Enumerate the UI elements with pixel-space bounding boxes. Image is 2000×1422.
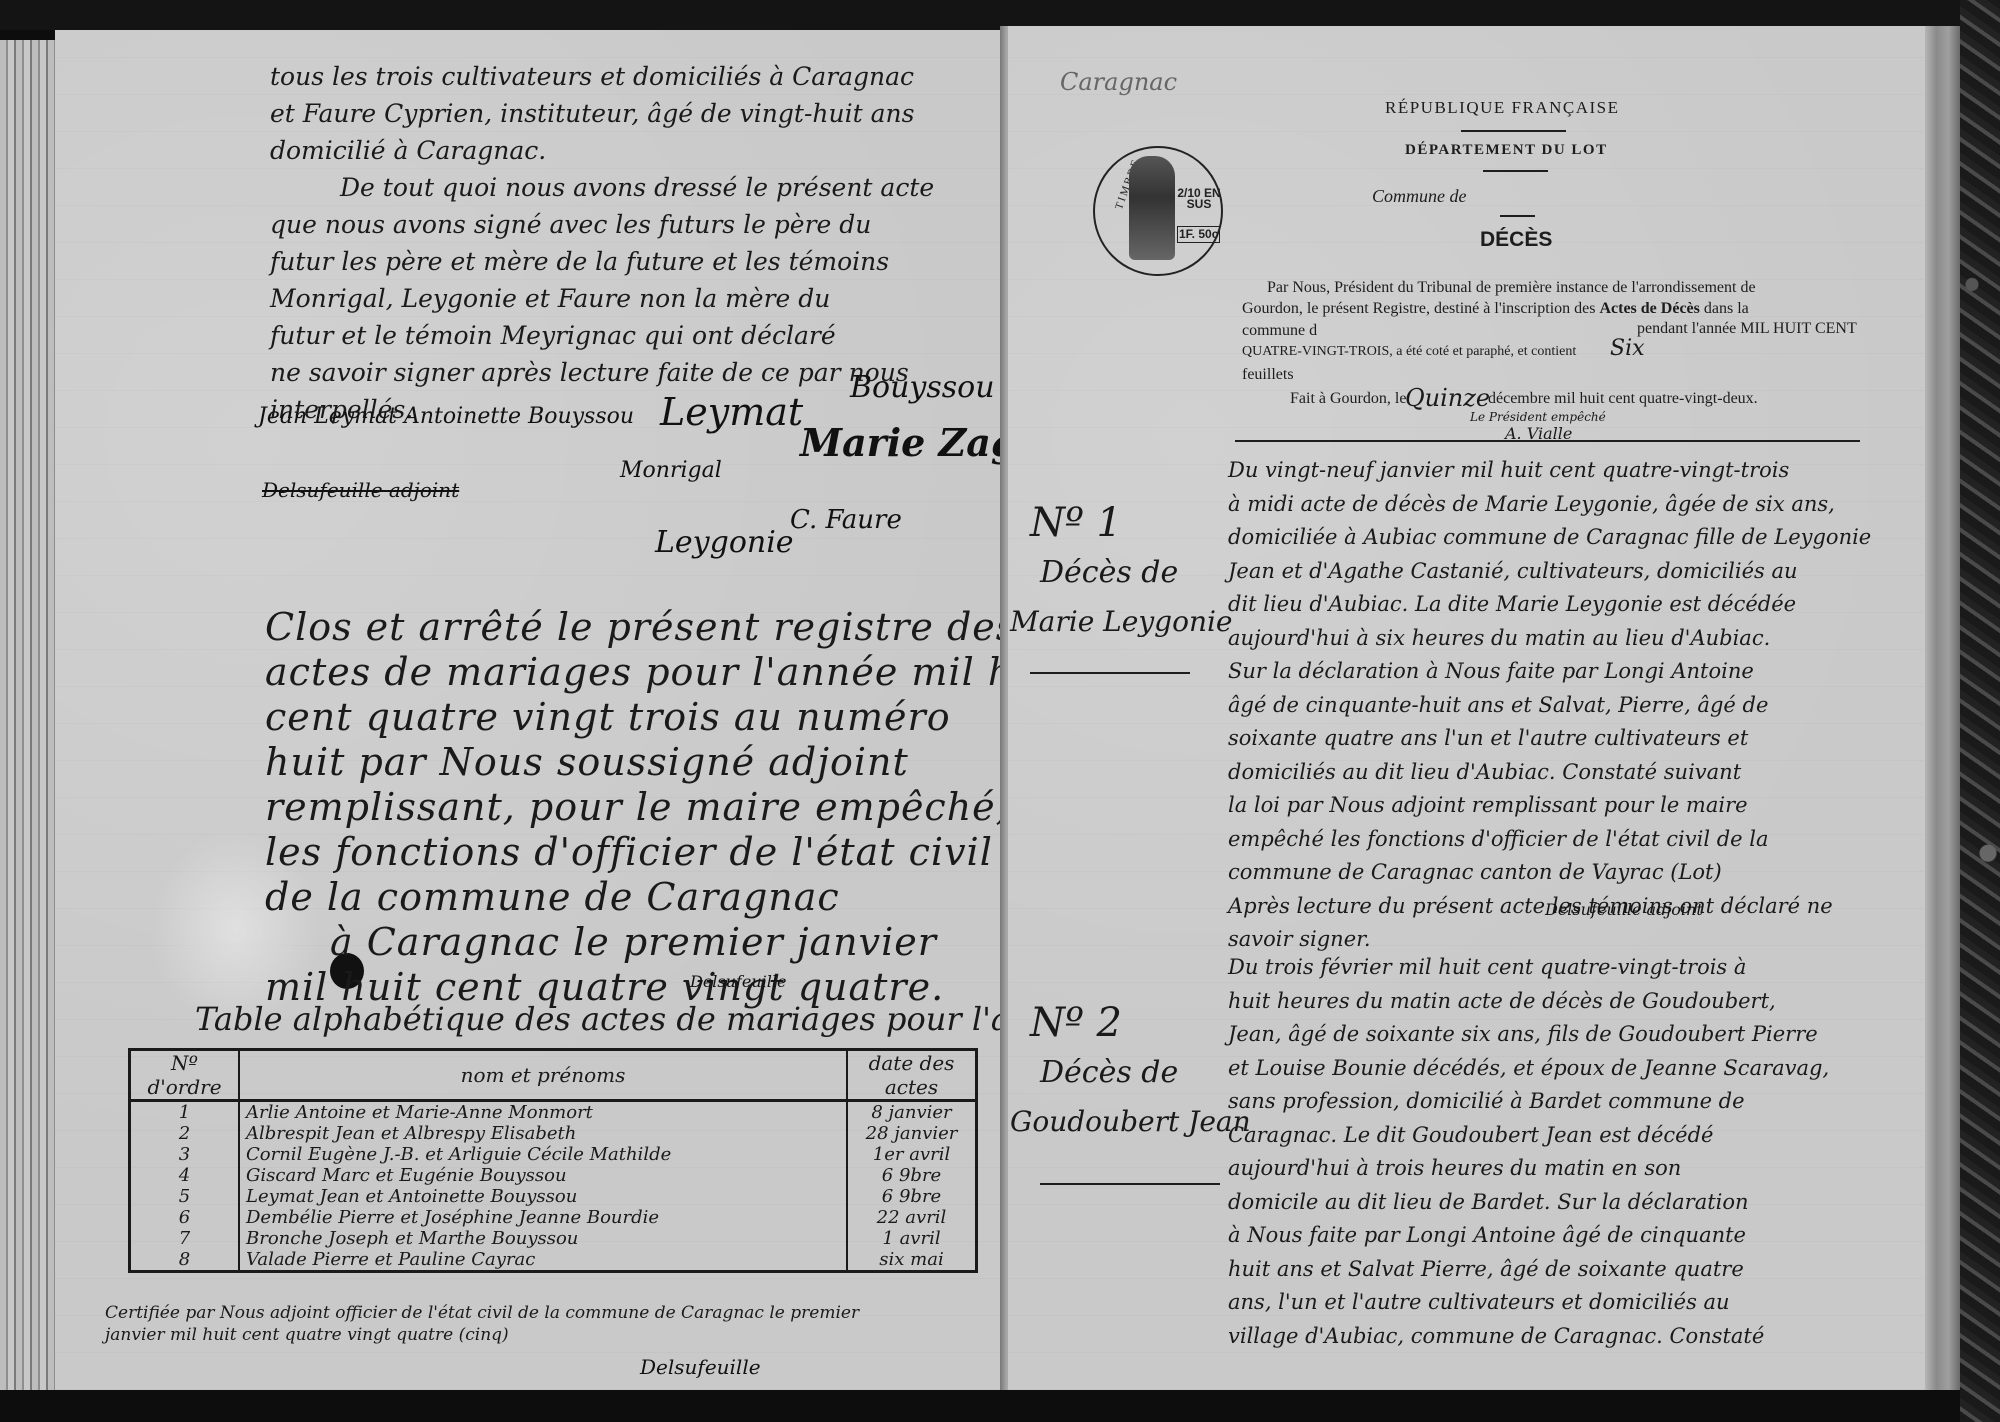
table-header-row: Nº d'ordre nom et prénoms date des actes: [130, 1050, 977, 1101]
text-line: Sur la déclaration à Nous faite par Long…: [1228, 659, 1754, 683]
table-row: 5Leymat Jean et Antoinette Bouyssou6 9br…: [130, 1186, 977, 1207]
text-line: aujourd'hui à six heures du matin au lie…: [1228, 626, 1770, 650]
cell-names: Leymat Jean et Antoinette Bouyssou: [239, 1186, 847, 1207]
col-header-date: date des actes: [847, 1050, 977, 1101]
col-header-number: Nº d'ordre: [130, 1050, 240, 1101]
cell-number: 6: [130, 1207, 240, 1228]
cell-date: 22 avril: [847, 1207, 977, 1228]
cell-date: 28 janvier: [847, 1123, 977, 1144]
cell-date: 8 janvier: [847, 1101, 977, 1124]
preamble-line-5: feuillets: [1242, 366, 1294, 384]
text-line: Jean et d'Agathe Castanié, cultivateurs,…: [1228, 559, 1798, 583]
closing-signature: Delsufeuille: [690, 972, 786, 991]
signature-spouses: Jean Leymat Antoinette Bouyssou: [258, 404, 634, 429]
text-line: à midi acte de décès de Marie Leygonie, …: [1228, 492, 1835, 516]
cell-number: 7: [130, 1228, 240, 1249]
cell-number: 4: [130, 1165, 240, 1186]
cell-date: 1 avril: [847, 1228, 977, 1249]
preamble-line-3a: commune d: [1242, 322, 1317, 340]
text-line: De tout quoi nous avons dressé le présen…: [340, 169, 934, 206]
preamble-text: dans la: [1700, 300, 1749, 317]
signature-faure: C. Faure: [790, 505, 902, 535]
text-line: ans, l'un et l'autre cultivateurs et dom…: [1228, 1290, 1730, 1314]
page-edge: [1925, 26, 1960, 1390]
text-line: à Nous faite par Longi Antoine âgé de ci…: [1228, 1223, 1746, 1247]
marriage-index-table: Nº d'ordre nom et prénoms date des actes…: [128, 1048, 978, 1273]
justice-figure-icon: [1129, 156, 1175, 260]
text-line: Certifiée par Nous adjoint officier de l…: [105, 1303, 859, 1323]
header-rule-3: [1500, 215, 1535, 217]
table-row: 2Albrespit Jean et Albrespy Elisabeth28 …: [130, 1123, 977, 1144]
col-header-names: nom et prénoms: [239, 1050, 847, 1101]
cell-names: Valade Pierre et Pauline Cayrac: [239, 1249, 847, 1272]
pencil-note: Caragnac: [1060, 68, 1177, 96]
preamble-line-2: Gourdon, le présent Registre, destiné à …: [1242, 300, 1749, 318]
margin-rule-2: [1040, 1183, 1220, 1185]
president-note: Le Président empêché: [1470, 410, 1606, 424]
text-line: tous les trois cultivateurs et domicilié…: [270, 58, 914, 95]
text-line: domicile au dit lieu de Bardet. Sur la d…: [1228, 1190, 1749, 1214]
text-line: huit heures du matin acte de décès de Go…: [1228, 989, 1776, 1013]
cell-number: 2: [130, 1123, 240, 1144]
table-row: 6Dembélie Pierre et Joséphine Jeanne Bou…: [130, 1207, 977, 1228]
text-line: âgé de cinquante-huit ans et Salvat, Pie…: [1228, 693, 1768, 717]
table-row: 7Bronche Joseph et Marthe Bouyssou1 avri…: [130, 1228, 977, 1249]
text-line: futur et le témoin Meyrignac qui ont déc…: [270, 317, 836, 354]
cell-number: 3: [130, 1144, 240, 1165]
preamble-line-6a: Fait à Gourdon, le: [1290, 390, 1406, 408]
signature-leygonie: Leygonie: [655, 525, 794, 560]
preamble-rule: [1235, 440, 1860, 442]
marbled-cover: [1960, 0, 2000, 1422]
text-line: village d'Aubiac, commune de Caragnac. C…: [1228, 1324, 1764, 1348]
text-line: domiciliée à Aubiac commune de Caragnac …: [1228, 525, 1871, 549]
text-line: domicilié à Caragnac.: [270, 132, 546, 169]
entry-number: Nº 2: [1030, 1000, 1122, 1046]
entry-margin-title: Décès de: [1040, 1055, 1178, 1090]
preamble-line-6b: décembre mil huit cent quatre-vingt-deux…: [1488, 390, 1758, 408]
cell-names: Giscard Marc et Eugénie Bouyssou: [239, 1165, 847, 1186]
text-line: dit lieu d'Aubiac. La dite Marie Leygoni…: [1228, 592, 1796, 616]
signature-adjoint: Delsufeuille adjoint: [262, 478, 459, 502]
entry-margin-name: Goudoubert Jean: [1010, 1105, 1251, 1138]
text-line: soixante quatre ans l'un et l'autre cult…: [1228, 726, 1748, 750]
entry-margin-name: Marie Leygonie: [1010, 605, 1233, 638]
header-department: DÉPARTEMENT DU LOT: [1405, 142, 1608, 159]
stamp-value-bottom: 1F. 50c: [1177, 226, 1220, 243]
text-line: que nous avons signé avec les futurs le …: [270, 206, 871, 243]
text-line: huit ans et Salvat Pierre, âgé de soixan…: [1228, 1257, 1744, 1281]
table-row: 1Arlie Antoine et Marie-Anne Monmort8 ja…: [130, 1101, 977, 1124]
text-line: commune de Caragnac canton de Vayrac (Lo…: [1228, 860, 1722, 884]
preamble-line-3b: pendant l'année MIL HUIT CENT: [1637, 320, 1857, 338]
cell-date: 1er avril: [847, 1144, 977, 1165]
entry-number: Nº 1: [1030, 500, 1122, 546]
signature-bouyssou: Bouyssou: [850, 370, 995, 405]
table-row: 4Giscard Marc et Eugénie Bouyssou6 9bre: [130, 1165, 977, 1186]
margin-rule-1: [1030, 672, 1190, 674]
preamble-line-4: QUATRE-VINGT-TROIS, a été coté et paraph…: [1242, 344, 1576, 360]
text-line: Après lecture du présent acte les témoin…: [1228, 894, 1833, 918]
header-rule-2: [1483, 170, 1548, 172]
cell-date: six mai: [847, 1249, 977, 1272]
book-binding: [0, 40, 55, 1390]
preamble-line-1: Par Nous, Président du Tribunal de premi…: [1267, 279, 1756, 297]
handwritten-count: Six: [1610, 336, 1645, 361]
tax-stamp: TIMBRE 2/10 EN SUS 1F. 50c: [1093, 146, 1223, 276]
entry-margin-title: Décès de: [1040, 555, 1178, 590]
text-line: sans profession, domicilié à Bardet comm…: [1228, 1089, 1745, 1113]
text-line: Jean, âgé de soixante six ans, fils de G…: [1228, 1022, 1818, 1046]
cell-names: Cornil Eugène J.-B. et Arliguie Cécile M…: [239, 1144, 847, 1165]
cell-date: 6 9bre: [847, 1186, 977, 1207]
text-line: la loi par Nous adjoint remplissant pour…: [1228, 793, 1748, 817]
preamble-text: Gourdon, le présent Registre, destiné à …: [1242, 300, 1599, 317]
text-line: Du trois février mil huit cent quatre-vi…: [1228, 955, 1746, 979]
cell-date: 6 9bre: [847, 1165, 977, 1186]
text-line: empêché les fonctions d'officier de l'ét…: [1228, 827, 1769, 851]
text-line: et Faure Cyprien, instituteur, âgé de vi…: [270, 95, 914, 132]
register-type: DÉCÈS: [1480, 228, 1552, 252]
text-line: savoir signer.: [1228, 927, 1371, 951]
header-republic: RÉPUBLIQUE FRANÇAISE: [1385, 98, 1620, 118]
signature-monrigal: Monrigal: [620, 458, 722, 483]
cell-number: 8: [130, 1249, 240, 1272]
text-line: ne savoir signer après lecture faite de …: [270, 354, 909, 391]
cell-names: Bronche Joseph et Marthe Bouyssou: [239, 1228, 847, 1249]
text-line: janvier mil huit cent quatre vingt quatr…: [105, 1325, 509, 1345]
stamp-value-top: 2/10 EN SUS: [1177, 188, 1221, 210]
cell-names: Albrespit Jean et Albrespy Elisabeth: [239, 1123, 847, 1144]
cell-names: Dembélie Pierre et Joséphine Jeanne Bour…: [239, 1207, 847, 1228]
certification-signature: Delsufeuille: [640, 1355, 761, 1379]
header-rule: [1461, 130, 1566, 132]
text-line: Caragnac. Le dit Goudoubert Jean est déc…: [1228, 1123, 1713, 1147]
text-line: futur les père et mère de la future et l…: [270, 243, 889, 280]
cell-number: 5: [130, 1186, 240, 1207]
table-row: 3Cornil Eugène J.-B. et Arliguie Cécile …: [130, 1144, 977, 1165]
cell-names: Arlie Antoine et Marie-Anne Monmort: [239, 1101, 847, 1124]
signature-leymat: Leymat: [660, 390, 803, 434]
text-line: Monrigal, Leygonie et Faure non la mère …: [270, 280, 830, 317]
handwritten-day: Quinze: [1405, 384, 1490, 412]
text-line: domiciliés au dit lieu d'Aubiac. Constat…: [1228, 760, 1741, 784]
commune-label: Commune de: [1372, 186, 1466, 207]
entry-1-signature: Delsufeuille adjoint: [1545, 900, 1703, 919]
text-line: aujourd'hui à trois heures du matin en s…: [1228, 1156, 1681, 1180]
cell-number: 1: [130, 1101, 240, 1124]
text-line: Du vingt-neuf janvier mil huit cent quat…: [1228, 458, 1789, 482]
preamble-bold: Actes de Décès: [1599, 300, 1699, 317]
text-line: et Louise Bounie décédés, et époux de Je…: [1228, 1056, 1829, 1080]
table-row: 8Valade Pierre et Pauline Cayracsix mai: [130, 1249, 977, 1272]
